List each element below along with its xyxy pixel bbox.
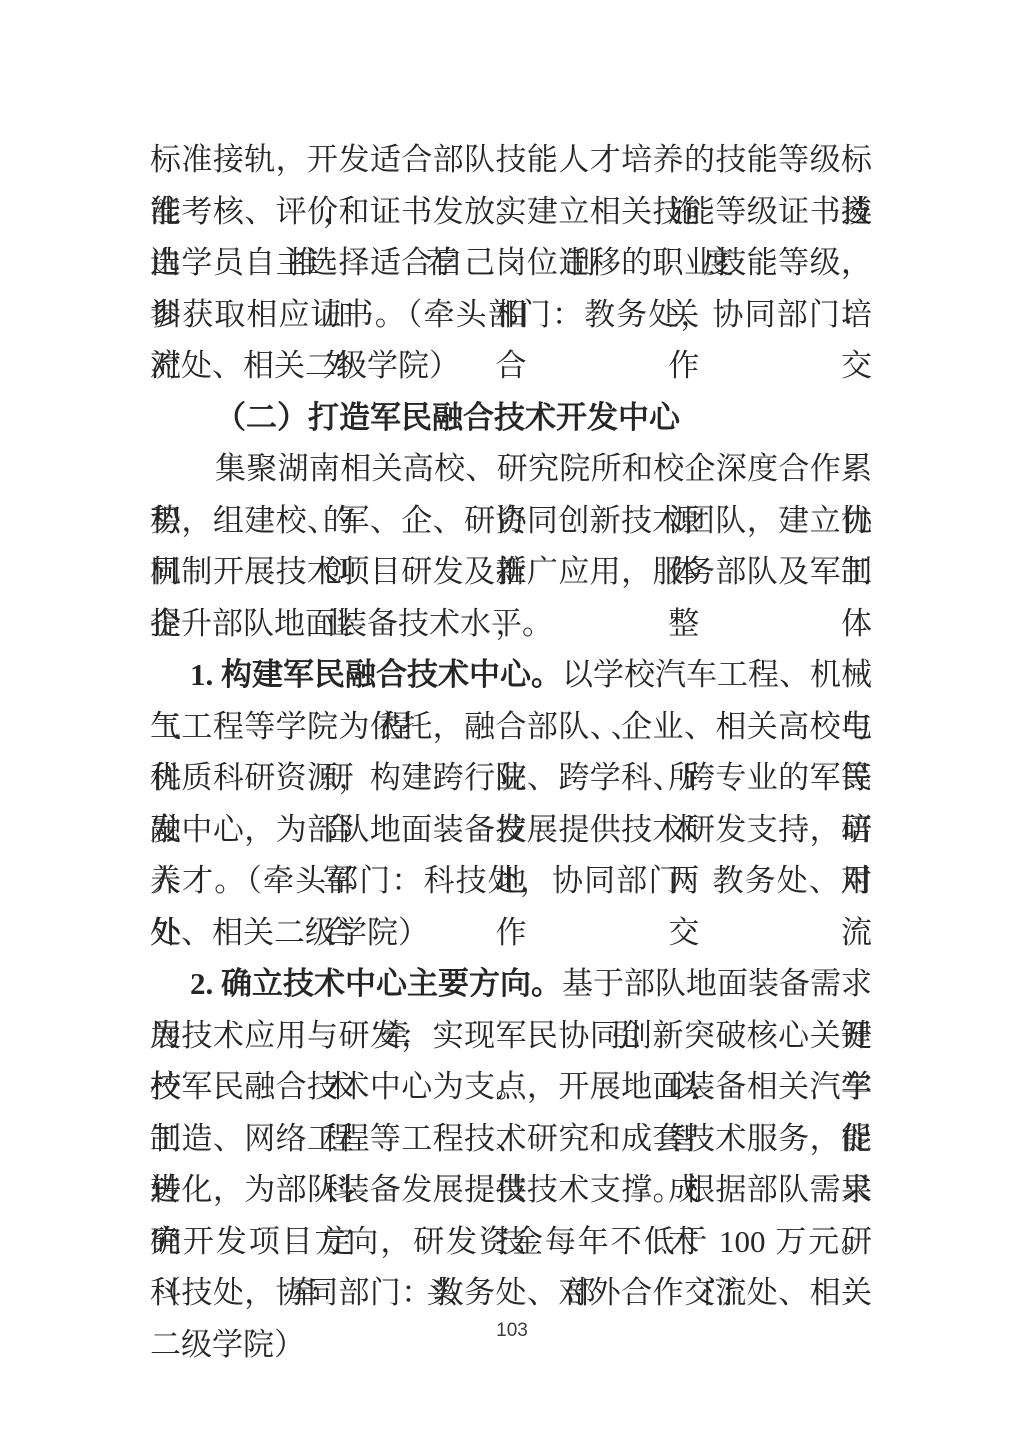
text-segment: 处、相关二级学院） (150, 915, 429, 950)
bold-text-segment: 2. 确立技术中心主要方向。 (190, 966, 562, 1001)
para-item-2-line-1: 2. 确立技术中心主要方向。基于部队地面装备需求为牵引开 (150, 958, 872, 1010)
text-block: 标准接轨，开发适合部队技能人才培养的技能等级标准，实施技能考核、评价和证书发放。… (150, 134, 872, 1319)
para-item-1-line-5: 人才。（牵头部门：科技处，协同部门：教务处、对外合作交流 (150, 855, 872, 907)
text-segment: 流处、相关二级学院） (150, 348, 460, 383)
para-item-1-line-2: 气工程等学院为依托，融合部队、企业、相关高校与科研院所等 (150, 701, 872, 753)
document-page: 标准接轨，开发适合部队技能人才培养的技能等级标准，实施技能考核、评价和证书发放。… (0, 0, 1024, 1448)
para-continuation-line-4: 训获取相应证书。（牵头部门：教务处，协同部门：对外合作交 (150, 289, 872, 341)
bold-text-segment: （二）打造军民融合技术开发中心 (215, 400, 680, 435)
para-item-2-line-4: 制造、网络工程等工程技术研究和成套技术服务，促进科技成果 (150, 1113, 872, 1165)
para-item-2-line-2: 展技术应用与研发，实现军民协同创新突破核心关键技术。以学 (150, 1010, 872, 1062)
para-item-1-line-1: 1. 构建军民融合技术中心。以学校汽车工程、机械工程、电 (150, 649, 872, 701)
para-continuation-line-2: 能考核、评价和证书发放。建立相关技能等级证书遴选推荐制度， (150, 186, 872, 238)
heading-section-2-line-1: （二）打造军民融合技术开发中心 (150, 392, 872, 444)
para-overview-line-2: 势，组建校、军、企、研协同创新技术团队，建立协同创新体制 (150, 495, 872, 547)
text-segment: 提升部队地面装备技术水平。 (150, 606, 553, 641)
para-item-2-line-6: 究开发项目方向，研发资金每年不低于 100 万元。（牵头部门： (150, 1216, 872, 1268)
para-continuation-line-3: 由学员自主选择适合自己岗位迁移的职业技能等级，参加相关培 (150, 237, 872, 289)
para-item-2-line-7: 科技处，协同部门：教务处、对外合作交流处、相关二级学院） (150, 1267, 872, 1319)
page-number: 103 (0, 1316, 1024, 1346)
para-item-2-line-3: 校军民融合技术中心为支点，开展地面装备相关汽车工程、智能 (150, 1061, 872, 1113)
bold-text-segment: 1. 构建军民融合技术中心。 (190, 657, 562, 692)
para-item-1-line-4: 发中心，为部队地面装备发展提供技术研发支持，培养军地两用 (150, 804, 872, 856)
para-continuation-line-1: 标准接轨，开发适合部队技能人才培养的技能等级标准，实施技 (150, 134, 872, 186)
para-item-2-line-5: 转化，为部队装备发展提供技术支撑。根据部队需求确定技术研 (150, 1164, 872, 1216)
para-item-1-line-3: 优质科研资源，构建跨行业、跨学科、跨专业的军民融合技术研 (150, 752, 872, 804)
para-overview-line-3: 机制开展技术项目研发及推广应用，服务部队及军工企业，整体 (150, 546, 872, 598)
para-overview-line-1: 集聚湖南相关高校、研究院所和校企深度合作累积的资源优 (150, 443, 872, 495)
